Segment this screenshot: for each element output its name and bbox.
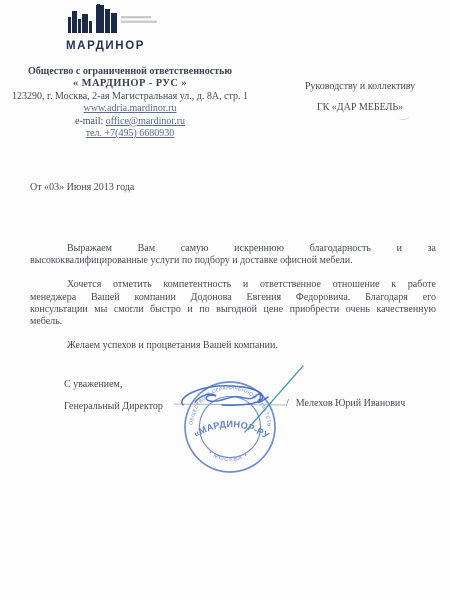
body-line: менеджера Вашей компании Додонова Евгени… (30, 292, 436, 304)
paragraph-1: Выражаем Вам самую искреннюю благодарнос… (30, 243, 436, 267)
company-address: 123290, г. Москва, 2-ая Магистральная ул… (6, 91, 254, 103)
logo-wordmark: МАРДИНОР (66, 40, 186, 52)
signer-title: Генеральный Директор (64, 401, 163, 412)
body-line: высококвалифицированные услуги по подбор… (30, 255, 436, 267)
letter-body: Выражаем Вам самую искреннюю благодарнос… (30, 243, 436, 364)
logo-tagline (121, 16, 157, 23)
paragraph-2: Хочется отметить компетентность и ответс… (30, 279, 436, 328)
body-line: Выражаем Вам самую искреннюю благодарнос… (30, 243, 436, 255)
legal-form: Общество с ограниченной ответственностью (6, 66, 254, 78)
scan-artifact (399, 113, 410, 120)
body-line: Хочется отметить компетентность и ответс… (30, 279, 436, 291)
body-line: мебель. (30, 316, 436, 328)
salutation: С уважением, (64, 379, 122, 390)
stamp-and-signature: ОБЩЕСТВО С ОГРАНИЧЕННОЙ ОТВЕТСТВЕННОСТЬЮ… (150, 350, 325, 495)
email-link[interactable]: office@mardinor.ru (106, 116, 185, 127)
email-label: e-mail: (75, 116, 103, 127)
buildings-icon (66, 4, 162, 34)
scanned-letter-page: МАРДИНОР Общество с ограниченной ответст… (0, 0, 450, 600)
round-stamp: ОБЩЕСТВО С ОГРАНИЧЕННОЙ ОТВЕТСТВЕННОСТЬЮ… (150, 350, 275, 472)
body-line: консультации мы смогли быстро и по выгод… (30, 304, 436, 316)
recipient-block: Руководству и коллективу ГК «ДАР МЕБЕЛЬ» (298, 76, 422, 118)
sender-block: Общество с ограниченной ответственностью… (6, 66, 254, 140)
phone-link[interactable]: тел. +7(495) 6680930 (86, 128, 175, 139)
company-name: « МАРДИНОР - РУС » (6, 78, 254, 90)
website-link[interactable]: www.adria.mardinor.ru (84, 103, 177, 114)
letter-date: От «03» Июня 2013 года (30, 182, 134, 193)
recipient-line1: Руководству и коллективу (298, 76, 422, 97)
company-logo: МАРДИНОР (66, 4, 186, 52)
